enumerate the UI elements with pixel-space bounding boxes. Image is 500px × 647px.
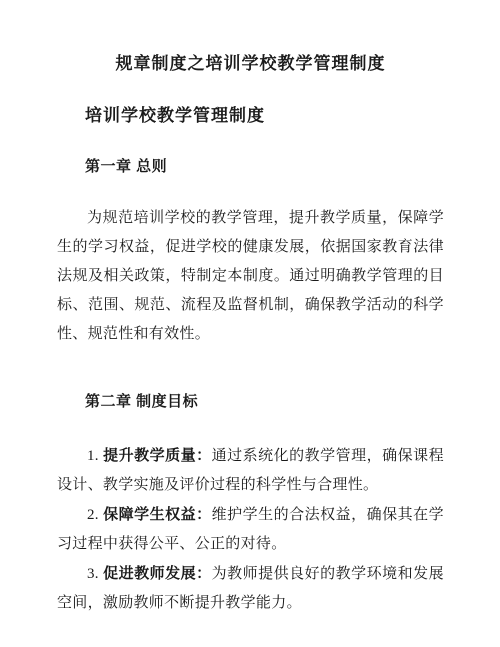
- document-title: 规章制度之培训学校教学管理制度: [57, 52, 444, 76]
- goal-item-1: 1. 提升教学质量：通过系统化的教学管理，确保课程设计、教学实施及评价过程的科学…: [57, 441, 444, 500]
- goal-list: 1. 提升教学质量：通过系统化的教学管理，确保课程设计、教学实施及评价过程的科学…: [57, 441, 444, 618]
- chapter-2-heading: 第二章 制度目标: [57, 391, 444, 413]
- goal-item-1-number: 1.: [87, 448, 103, 464]
- goal-item-2-label: 保障学生权益：: [103, 506, 212, 523]
- document-page: 规章制度之培训学校教学管理制度 培训学校教学管理制度 第一章 总则 为规范培训学…: [0, 0, 500, 647]
- goal-item-3-label: 促进教师发展：: [103, 565, 212, 582]
- goal-item-3: 3. 促进教师发展：为教师提供良好的教学环境和发展空间，激励教师不断提升教学能力…: [57, 559, 444, 618]
- chapter-1-heading: 第一章 总则: [57, 156, 444, 178]
- goal-item-1-label: 提升教学质量：: [103, 447, 212, 464]
- goal-item-3-number: 3.: [87, 566, 103, 582]
- goal-item-2: 2. 保障学生权益：维护学生的合法权益，确保其在学习过程中获得公平、公正的对待。: [57, 500, 444, 559]
- document-subtitle: 培训学校教学管理制度: [57, 104, 444, 128]
- chapter-1-paragraph: 为规范培训学校的教学管理，提升教学质量，保障学生的学习权益，促进学校的健康发展，…: [57, 204, 444, 349]
- goal-item-2-number: 2.: [87, 507, 103, 523]
